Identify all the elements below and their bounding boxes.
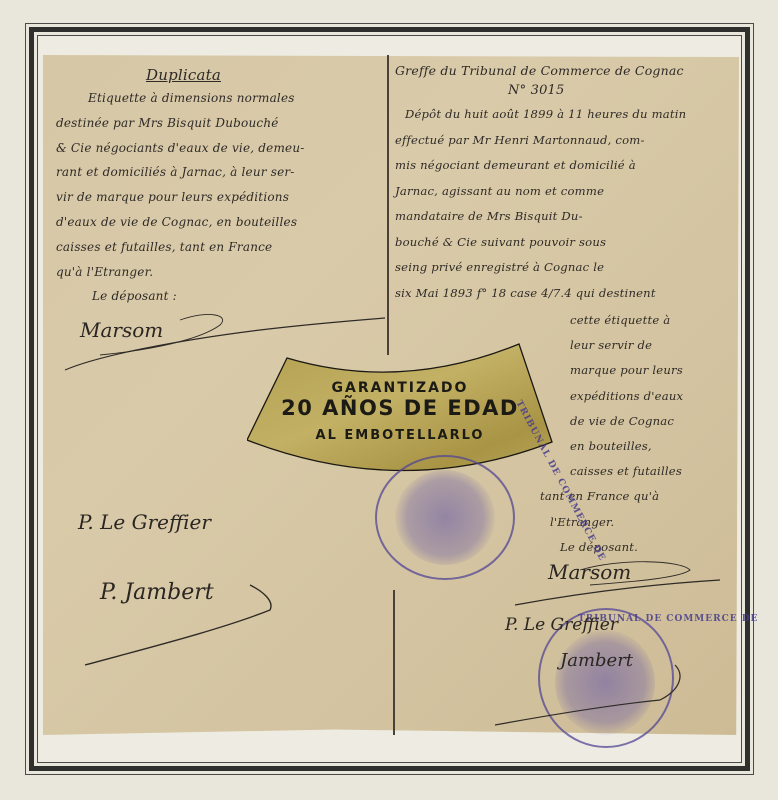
column-divider-rule-lower [393, 590, 395, 735]
right-line: de vie de Cognac [570, 409, 683, 434]
left-line: d'eaux de vie de Cognac, en bouteilles [56, 210, 305, 235]
column-divider-rule [387, 55, 389, 355]
right-column-text: Dépôt du huit août 1899 à 11 heures du m… [395, 102, 686, 306]
left-line: vir de marque pour leurs expéditions [56, 185, 305, 210]
label-line-bottling: AL EMBOTELLARLO [247, 428, 553, 443]
right-line: expéditions d'eaux [570, 384, 683, 409]
deposit-number: N° 3015 [508, 78, 565, 104]
right-line: en bouteilles, [570, 434, 683, 459]
left-line: & Cie négociants d'eaux de vie, demeu- [56, 136, 305, 161]
right-line: seing privé enregistré à Cognac le [395, 255, 686, 281]
stamp-emblem [395, 470, 495, 565]
right-line: bouché & Cie suivant pouvoir sous [395, 230, 686, 256]
clerk-signature-right: Jambert [560, 650, 633, 671]
label-line-garantizado: GARANTIZADO [247, 380, 553, 396]
left-depositor-label: Le déposant : [56, 284, 305, 309]
gold-cognac-label: GARANTIZADO 20 AÑOS DE EDAD AL EMBOTELLA… [247, 330, 553, 480]
right-line: six Mai 1893 f° 18 case 4/7.4 qui destin… [395, 281, 686, 307]
left-line: qu'à l'Etranger. [56, 260, 305, 285]
stamp-emblem [555, 630, 655, 735]
right-line: Jarnac, agissant au nom et comme [395, 179, 686, 205]
left-depositor-signature: Marsom [80, 318, 163, 342]
duplicata-heading: Duplicata [146, 62, 221, 88]
left-line: destinée par Mrs Bisquit Dubouché [56, 111, 305, 136]
clerk-signature-left: P. Jambert [100, 580, 214, 605]
right-line: effectué par Mr Henri Martonnaud, com- [395, 128, 686, 154]
right-depositor-label: Le déposant. [560, 535, 683, 560]
clerk-label-right: P. Le Greffier [505, 615, 618, 635]
right-line: Dépôt du huit août 1899 à 11 heures du m… [395, 102, 686, 128]
clerk-label-left: P. Le Greffier [78, 510, 211, 534]
left-line: rant et domiciliés à Jarnac, à leur ser- [56, 160, 305, 185]
right-line: leur servir de [570, 333, 683, 358]
right-line: marque pour leurs [570, 358, 683, 383]
right-depositor-signature: Marsom [548, 560, 631, 584]
right-line: caisses et futailles [570, 459, 683, 484]
left-line: Etiquette à dimensions normales [56, 86, 305, 111]
right-line: mis négociant demeurant et domicilié à [395, 153, 686, 179]
right-line: cette étiquette à [570, 308, 683, 333]
left-line: caisses et futailles, tant en France [56, 235, 305, 260]
right-line: l'Etranger. [550, 510, 683, 535]
right-line: mandataire de Mrs Bisquit Du- [395, 204, 686, 230]
left-column-text: Etiquette à dimensions normales destinée… [56, 86, 305, 309]
label-line-age: 20 AÑOS DE EDAD [247, 396, 553, 420]
